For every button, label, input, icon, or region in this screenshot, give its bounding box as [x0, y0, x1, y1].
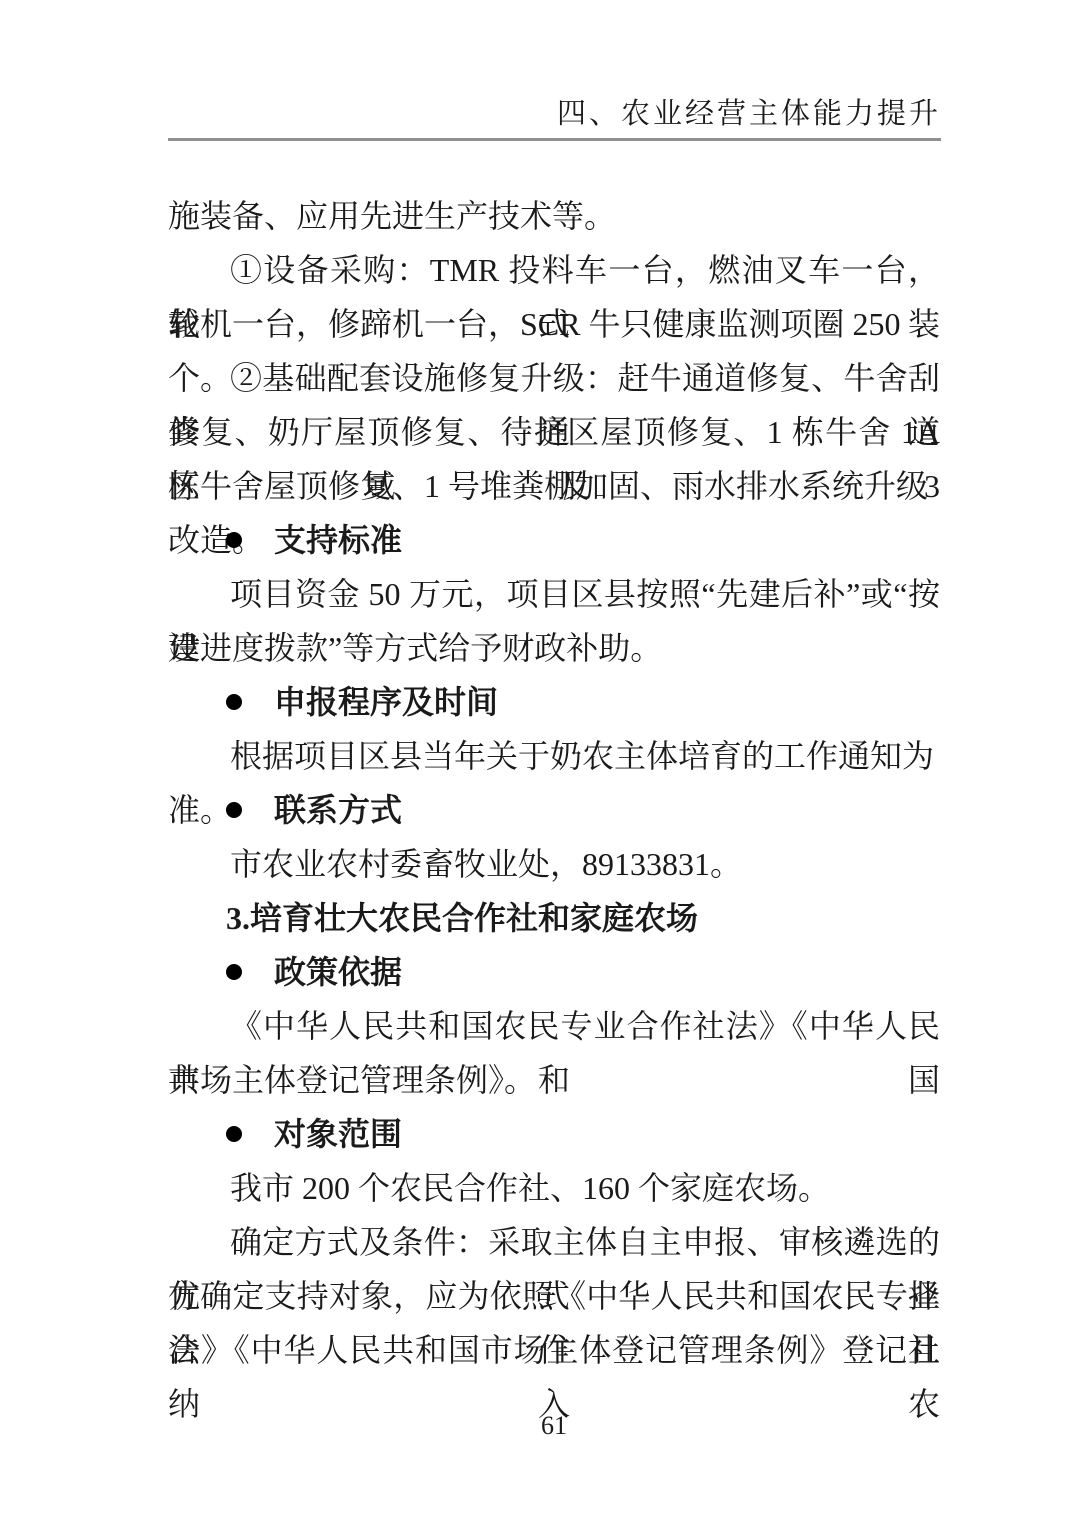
page-number: 61	[168, 1408, 940, 1444]
running-header: 四、农业经营主体能力提升	[168, 94, 941, 134]
section-heading-label: 支持标准	[274, 513, 402, 567]
section-heading: 联系方式	[168, 783, 940, 837]
body-line: 法》《中华人民共和国市场主体登记管理条例》登记且纳入农	[168, 1323, 940, 1377]
bullet-icon	[226, 694, 242, 710]
numbered-heading: 3.培育壮大农民合作社和家庭农场	[168, 891, 940, 945]
header-rule	[168, 138, 941, 141]
body-line: 设进度拨款”等方式给予财政补助。	[168, 621, 940, 675]
bullet-icon	[226, 802, 242, 818]
body-line: 栋牛舍屋顶修复、1 号堆粪棚加固、雨水排水系统升级改造。	[168, 459, 940, 513]
section-heading-label: 对象范围	[274, 1107, 402, 1161]
body-line: 《中华人民共和国农民专业合作社法》《中华人民共和国	[168, 999, 940, 1053]
body-line: 修复、奶厅屋顶修复、待挤区屋顶修复、1 栋牛舍 1A 区域及 3	[168, 405, 940, 459]
section-heading-label: 政策依据	[274, 945, 402, 999]
body-line: 市农业农村委畜牧业处，89133831。	[168, 837, 940, 891]
bullet-icon	[226, 1126, 242, 1142]
body-line: ②基础配套设施修复升级：赶牛通道修复、牛舍刮粪通道	[168, 351, 940, 405]
section-heading: 支持标准	[168, 513, 940, 567]
section-heading-label: 申报程序及时间	[274, 675, 498, 729]
body-line: 我市 200 个农民合作社、160 个家庭农场。	[168, 1161, 940, 1215]
body-line: 优确定支持对象，应为依照《中华人民共和国农民专业合作社	[168, 1269, 940, 1323]
body-line: 载机一台，修蹄机一台，SCR 牛只健康监测项圈 250 个。	[168, 297, 940, 351]
body-line: 确定方式及条件：采取主体自主申报、审核遴选的方式择	[168, 1215, 940, 1269]
body-line: 根据项目区县当年关于奶农主体培育的工作通知为准。	[168, 729, 940, 783]
bullet-icon	[226, 532, 242, 548]
body-line: ①设备采购：TMR 投料车一台，燃油叉车一台，轮式装	[168, 243, 940, 297]
document-page: 四、农业经营主体能力提升 施装备、应用先进生产技术等。①设备采购：TMR 投料车…	[0, 0, 1074, 1520]
body-line: 施装备、应用先进生产技术等。	[168, 189, 940, 243]
section-heading-label: 联系方式	[274, 783, 402, 837]
bullet-icon	[226, 964, 242, 980]
content-lines: 施装备、应用先进生产技术等。①设备采购：TMR 投料车一台，燃油叉车一台，轮式装…	[168, 189, 940, 1377]
section-heading: 申报程序及时间	[168, 675, 940, 729]
body-line: 项目资金 50 万元，项目区县按照“先建后补”或“按建	[168, 567, 940, 621]
section-heading: 政策依据	[168, 945, 940, 999]
section-heading: 对象范围	[168, 1107, 940, 1161]
